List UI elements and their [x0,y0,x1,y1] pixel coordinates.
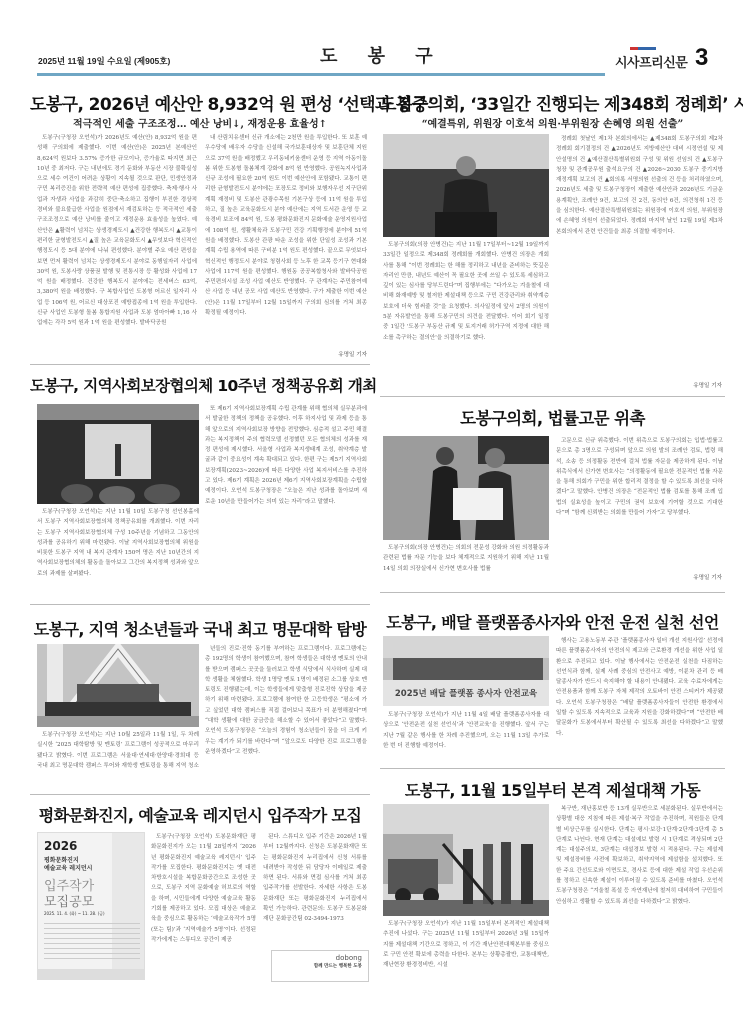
photo-image [383,436,549,540]
photo-snow-equipment [383,804,549,916]
poster-title2: 모집공모 [44,891,94,910]
divider [380,396,725,397]
photo-forum-stage [37,404,199,504]
logo-tagline-mark [630,47,656,50]
photo-image [37,644,199,727]
divider [30,364,370,365]
headline: 도봉구, 2026년 예산안 8,932억 원 편성 ‘선택과 집중’ [30,90,370,115]
article-body: 도봉구(구청장 오언석) 도봉문화재단 평화문화진지가 오는 11월 28일까지… [151,832,256,992]
article-body: 년들의 진로·진학 동기를 부여하는 프로그램이다. 프로그램에는 총 192명… [205,644,367,784]
photo-council-speaker [383,134,549,237]
divider [380,592,725,593]
photo-appointment [383,436,549,540]
photo-caption-body: 도봉구의회(의장 안병건)는 의회의 전문성 강화와 의원 의정활동과 관련된 … [383,543,549,583]
masthead-rule [37,73,605,76]
photo-caption-body: 도봉구(구청장 오언석)는 지난 11월 10일 도봉구청 선인봉홀에서 도봉구… [37,507,199,597]
photo-caption-body: 도봉구(구청장 오언석)는 지난 10월 25일과 11월 1일, 두 차례 실… [37,730,199,785]
headline: 도봉구의회, 법률고문 위촉 [380,405,725,429]
article-body: 또 제6기 지역사회보장계획 수립 관계를 위해 협의체 실무분과에서 발굴한 … [205,404,367,594]
headline: 도봉구, 지역사회보장협의체 10주년 정책공유회 개최 [30,374,370,396]
poster-year: 2026 [44,839,77,853]
poster-line2: 예술교육 레지던시 [44,863,92,872]
ad-slogan: 함께 만드는 행복한 도봉 [314,963,362,969]
photo-safety-education: 2025년 배달 플랫폼 종사자 안전교육 [383,636,549,706]
photo-university-group [37,644,199,727]
subhead: “예결특위, 위원장 이호석 의원·부위원장 손혜영 의원 선출” [380,115,725,130]
photo-image [383,804,549,916]
subhead: 적극적인 세출 구조조정… 예산 낭비↓, 재정운용 효율성↑ [30,115,370,130]
article-body: 고문으로 신규 위촉했다. 이번 위촉으로 도봉구의회는 입법·법률고문으로 총… [556,436,723,571]
page-number: 3 [695,44,708,72]
headline: 평화문화진지, 예술교육 레지던시 입주작가 모집 [30,803,370,826]
issue-date: 2025년 11월 19일 수요일 (제905호) [38,55,170,67]
photo-image [37,404,199,504]
article-body: 정례회 첫날인 제1차 본회의에서는 ▲제348회 도봉구의회 제2차 정례회 … [556,134,723,379]
article-body: 행사는 고용노동부 주관 ‘플랫폼종사자 일터 개선 지원사업’ 선정에 따른 … [556,636,723,762]
section-title: 도 봉 구 [320,42,445,68]
article-body: 도봉구(구청장 오언석)가 2026년도 예산(안) 8,932억 원을 편성해… [37,133,197,343]
byline: 유명일 기자 [300,350,367,358]
divider [30,794,370,795]
byline: 유명일 기자 [650,573,722,581]
poster-period: 2025. 11. 4. (화) ~ 11. 28. (금) [44,911,105,917]
article-body: 복구반, 재난홍보반 등 13개 실무반으로 세분화된다. 실무반에서는 상황별… [556,804,723,994]
headline: 도봉구, 11월 15일부터 본격 제설대책 가동 [380,778,725,801]
poster-footer [38,969,145,980]
photo-caption-body: 도봉구(구청장 오언석)가 지난 11월 15일부터 본격적인 제설대책 추진에… [383,919,549,994]
photo-caption-body: 도봉구(구청장 오언석)가 지난 11월 4일 배달 플랫폼종사자를 대상으로 … [383,710,549,762]
poster-details [44,923,140,963]
headline: 도봉구의회, ‘33일간 진행되는 제348회 정례회’ 시작 [380,90,725,115]
ad-brand: dobong [336,954,362,962]
photo-banner-text: 2025년 배달 플랫폼 종사자 안전교육 [383,687,549,699]
article-body: 된다. 스튜디오 입주 기간은 2026년 1월부터 12월까지다. 신청은 도… [263,832,367,942]
divider [380,768,725,769]
byline: 유명일 기자 [650,381,722,389]
newspaper-logo: 시사프리신문 [615,52,687,71]
headline: 도봉구, 지역 청소년들과 국내 최고 명문대학 탐방 [30,617,370,640]
headline: 도봉구, 배달 플랫폼종사자와 안전 운전 실천 선언 [380,610,725,633]
photo-caption-body: 도봉구의회(의장 안병건)는 지난 11월 17일부터~12월 19일까지 33… [383,240,549,395]
dobong-ad: dobong 함께 만드는 행복한 도봉 [271,950,369,982]
residency-poster: 2026 평화문화진지 예술교육 레지던시 입주작가 모집공모 2025. 11… [37,832,145,980]
article-body: 내 산림치유센터 신규 개소에는 2천만 원을 투입한다. 또 보훈 예우수당에… [205,133,367,333]
divider [30,604,370,605]
photo-image [383,134,549,237]
